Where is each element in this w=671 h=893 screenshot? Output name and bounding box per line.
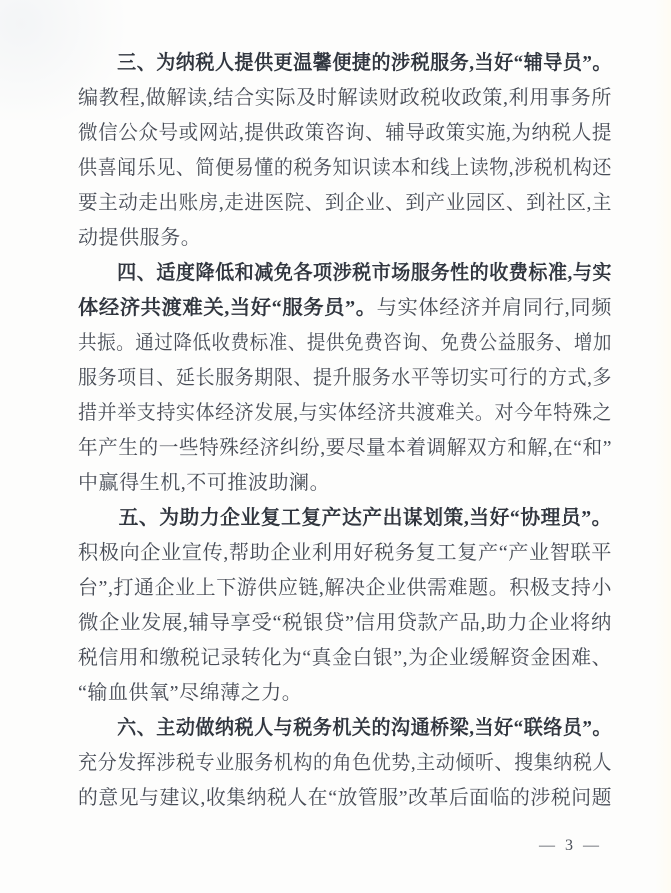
- body-text: 编教程,做解读,结合实际及时解读财政税收政策,利用事务所: [78, 87, 612, 109]
- body-text: 供喜闻乐见、简便易懂的税务知识读本和线上读物,涉税机构还: [78, 157, 612, 179]
- text-line-content: 的意见与建议,收集纳税人在“放管服”改革后面临的涉税问题: [78, 781, 612, 816]
- text-line: 微企业发展,辅导享受“税银贷”信用贷款产品,助力企业将纳: [78, 606, 612, 641]
- text-line-content: 充分发挥涉税专业服务机构的角色优势,主动倾听、搜集纳税人: [78, 746, 612, 781]
- body-text: 积极向企业宣传,帮助企业利用好税务复工复产“产业智联平: [78, 542, 612, 564]
- text-line-content: 年产生的一些特殊经济纠纷,要尽量本着调解双方和解,在“和”: [78, 431, 612, 466]
- text-line: 的意见与建议,收集纳税人在“放管服”改革后面临的涉税问题: [78, 781, 612, 816]
- text-line-content: 三、为纳税人提供更温馨便捷的涉税服务,当好“辅导员”。: [78, 46, 612, 81]
- text-line-content: 体经济共渡难关,当好“服务员”。与实体经济并肩同行,同频: [78, 291, 612, 326]
- text-line: 措并举支持实体经济发展,与实体经济共渡难关。对今年特殊之: [78, 396, 612, 431]
- text-line: “输血供氧”尽绵薄之力。: [78, 676, 612, 711]
- text-line-content: 微信公众号或网站,提供政策咨询、辅导政策实施,为纳税人提: [78, 116, 612, 151]
- text-line-content: 税信用和缴税记录转化为“真金白银”,为企业缓解资金困难、: [78, 641, 612, 676]
- text-line-content: 动提供服务。: [78, 221, 201, 256]
- body-text: 服务项目、延长服务期限、提升服务水平等切实可行的方式,多: [78, 367, 612, 389]
- body-text: 年产生的一些特殊经济纠纷,要尽量本着调解双方和解,在“和”: [78, 437, 612, 459]
- text-line: 服务项目、延长服务期限、提升服务水平等切实可行的方式,多: [78, 361, 612, 396]
- heading-text: 六、主动做纳税人与税务机关的沟通桥梁,当好“联络员”。: [117, 717, 612, 739]
- body-text: 与实体经济并肩同行,同频: [377, 297, 612, 319]
- body-text: 台”,打通企业上下游供应链,解决企业供需难题。积极支持小: [78, 577, 612, 599]
- body-text: 税信用和缴税记录转化为“真金白银”,为企业缓解资金困难、: [78, 647, 612, 669]
- text-line: 共振。通过降低收费标准、提供免费咨询、免费公益服务、增加: [78, 326, 612, 361]
- text-line-content: 六、主动做纳税人与税务机关的沟通桥梁,当好“联络员”。: [78, 711, 612, 746]
- heading-text: 五、为助力企业复工复产达产出谋划策,当好“协理员”。: [119, 507, 612, 529]
- document-body: 三、为纳税人提供更温馨便捷的涉税服务,当好“辅导员”。编教程,做解读,结合实际及…: [78, 46, 612, 816]
- text-line: 供喜闻乐见、简便易懂的税务知识读本和线上读物,涉税机构还: [78, 151, 612, 186]
- body-text: 动提供服务。: [78, 227, 201, 249]
- text-line-content: 共振。通过降低收费标准、提供免费咨询、免费公益服务、增加: [78, 326, 612, 361]
- text-line: 充分发挥涉税专业服务机构的角色优势,主动倾听、搜集纳税人: [78, 746, 612, 781]
- text-line-content: 措并举支持实体经济发展,与实体经济共渡难关。对今年特殊之: [78, 396, 612, 431]
- text-line: 中赢得生机,不可推波助澜。: [78, 466, 612, 501]
- heading-text: 三、为纳税人提供更温馨便捷的涉税服务,当好“辅导员”。: [117, 52, 612, 74]
- text-line-content: 微企业发展,辅导享受“税银贷”信用贷款产品,助力企业将纳: [78, 606, 612, 641]
- text-line: 台”,打通企业上下游供应链,解决企业供需难题。积极支持小: [78, 571, 612, 606]
- text-line-content: 五、为助力企业复工复产达产出谋划策,当好“协理员”。: [78, 501, 612, 536]
- heading-text: 四、适度降低和减免各项涉税市场服务性的收费标准,与实: [117, 262, 612, 284]
- text-line: 税信用和缴税记录转化为“真金白银”,为企业缓解资金困难、: [78, 641, 612, 676]
- text-line: 动提供服务。: [78, 221, 612, 256]
- body-text: 中赢得生机,不可推波助澜。: [78, 472, 330, 494]
- text-line-content: 中赢得生机,不可推波助澜。: [78, 466, 330, 501]
- heading-text: 体经济共渡难关,当好“服务员”。: [78, 297, 377, 319]
- page-number: — 3 —: [539, 836, 602, 856]
- body-text: 充分发挥涉税专业服务机构的角色优势,主动倾听、搜集纳税人: [78, 752, 612, 774]
- body-text: 微信公众号或网站,提供政策咨询、辅导政策实施,为纳税人提: [78, 122, 612, 144]
- text-line: 要主动走出账房,走进医院、到企业、到产业园区、到社区,主: [78, 186, 612, 221]
- text-line-content: 编教程,做解读,结合实际及时解读财政税收政策,利用事务所: [78, 81, 612, 116]
- text-line-content: 四、适度降低和减免各项涉税市场服务性的收费标准,与实: [78, 256, 612, 291]
- body-text: 措并举支持实体经济发展,与实体经济共渡难关。对今年特殊之: [78, 402, 612, 424]
- text-line: 编教程,做解读,结合实际及时解读财政税收政策,利用事务所: [78, 81, 612, 116]
- text-line-content: “输血供氧”尽绵薄之力。: [78, 676, 302, 711]
- text-line-content: 要主动走出账房,走进医院、到企业、到产业园区、到社区,主: [78, 186, 612, 221]
- text-line-content: 供喜闻乐见、简便易懂的税务知识读本和线上读物,涉税机构还: [78, 151, 612, 186]
- text-line: 体经济共渡难关,当好“服务员”。与实体经济并肩同行,同频: [78, 291, 612, 326]
- body-text: 微企业发展,辅导享受“税银贷”信用贷款产品,助力企业将纳: [78, 612, 612, 634]
- body-text: 共振。通过降低收费标准、提供免费咨询、免费公益服务、增加: [78, 332, 612, 354]
- text-line: 积极向企业宣传,帮助企业利用好税务复工复产“产业智联平: [78, 536, 612, 571]
- body-text: 要主动走出账房,走进医院、到企业、到产业园区、到社区,主: [78, 192, 612, 214]
- document-page: 三、为纳税人提供更温馨便捷的涉税服务,当好“辅导员”。编教程,做解读,结合实际及…: [0, 0, 671, 893]
- body-text: “输血供氧”尽绵薄之力。: [78, 682, 302, 704]
- text-line: 微信公众号或网站,提供政策咨询、辅导政策实施,为纳税人提: [78, 116, 612, 151]
- text-line: 三、为纳税人提供更温馨便捷的涉税服务,当好“辅导员”。: [78, 46, 612, 81]
- text-line: 六、主动做纳税人与税务机关的沟通桥梁,当好“联络员”。: [78, 711, 612, 746]
- text-line-content: 积极向企业宣传,帮助企业利用好税务复工复产“产业智联平: [78, 536, 612, 571]
- text-line: 四、适度降低和减免各项涉税市场服务性的收费标准,与实: [78, 256, 612, 291]
- text-line-content: 台”,打通企业上下游供应链,解决企业供需难题。积极支持小: [78, 571, 612, 606]
- text-line: 五、为助力企业复工复产达产出谋划策,当好“协理员”。: [78, 501, 612, 536]
- text-line: 年产生的一些特殊经济纠纷,要尽量本着调解双方和解,在“和”: [78, 431, 612, 466]
- body-text: 的意见与建议,收集纳税人在“放管服”改革后面临的涉税问题: [78, 787, 612, 809]
- text-line-content: 服务项目、延长服务期限、提升服务水平等切实可行的方式,多: [78, 361, 612, 396]
